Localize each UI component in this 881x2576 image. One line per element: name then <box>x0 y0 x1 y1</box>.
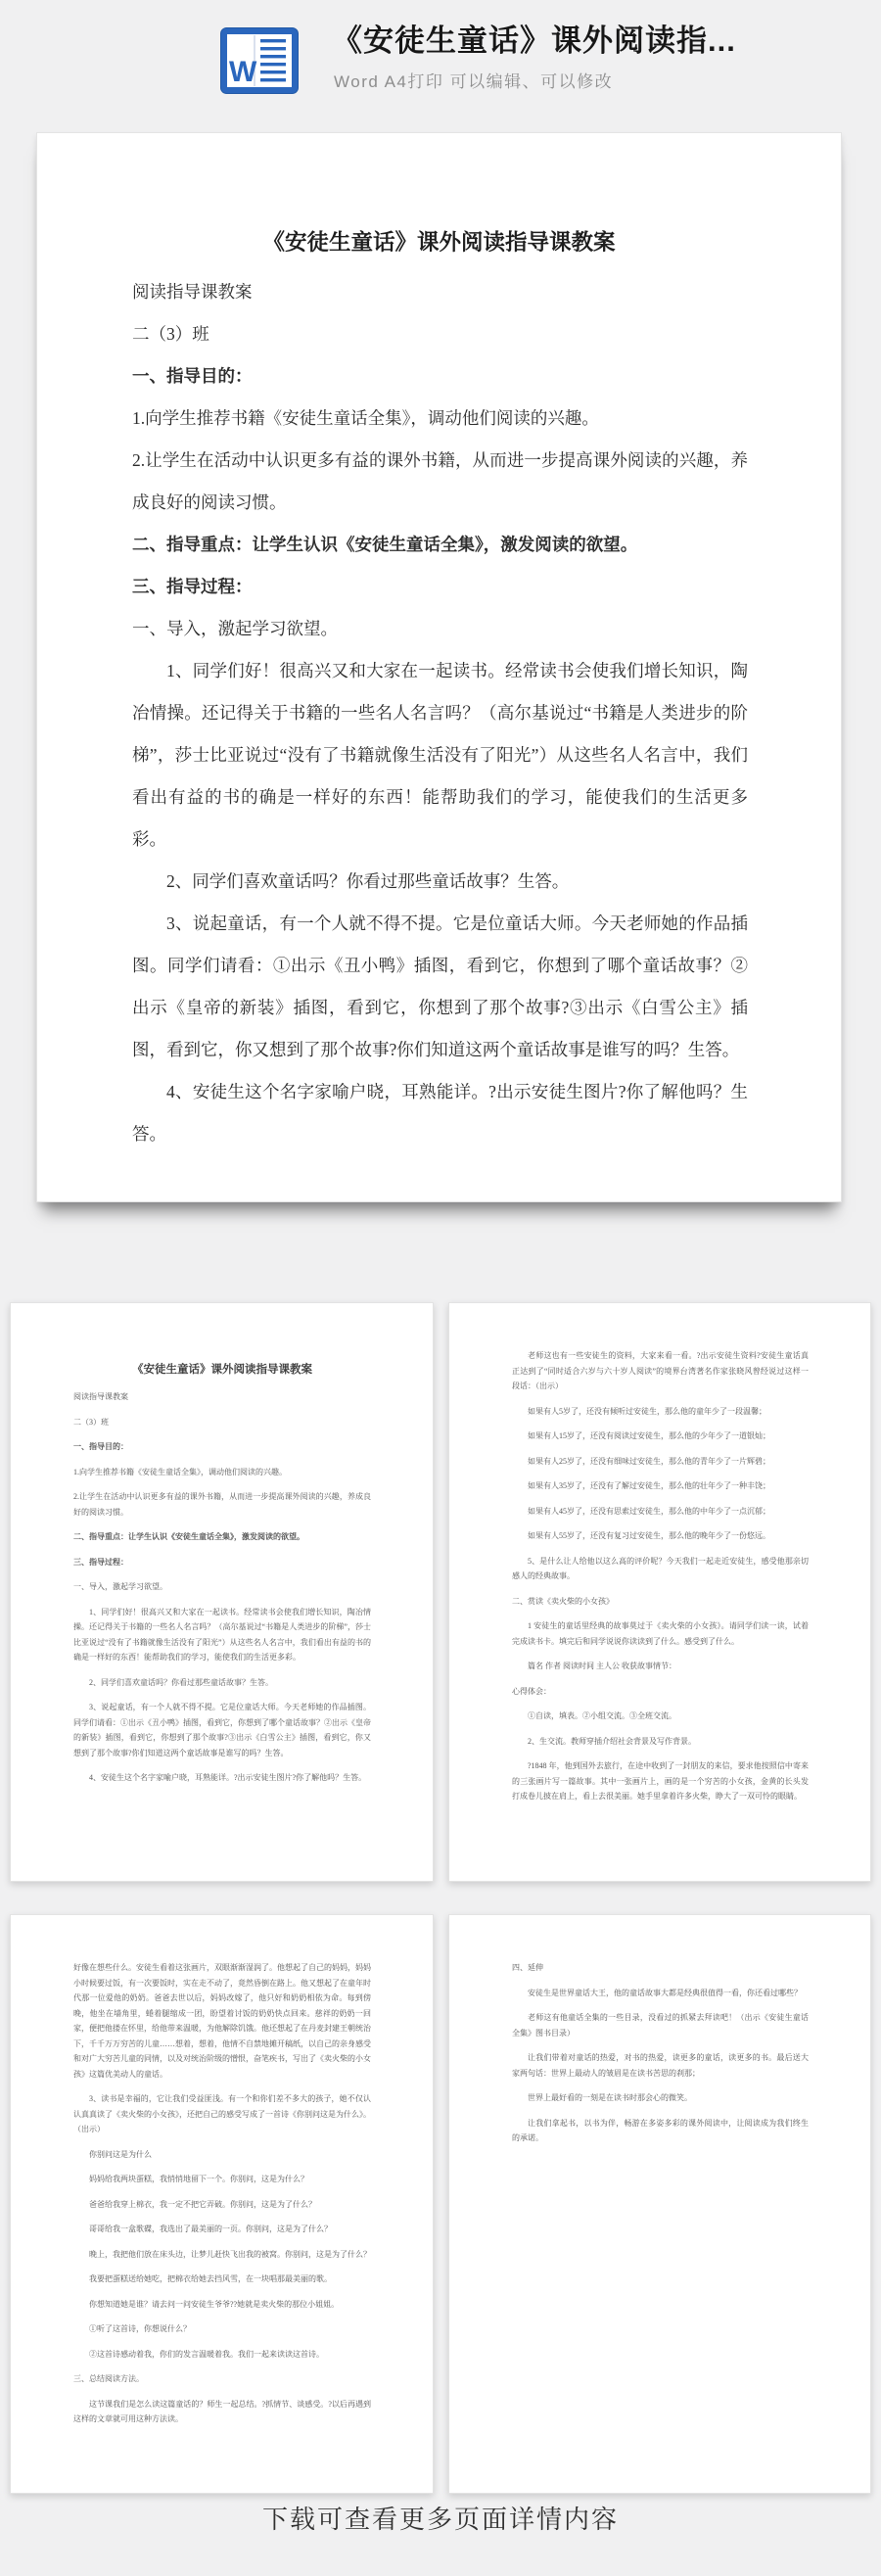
paragraph: 晚上，我把他们放在床头边，让梦儿赶快飞出我的被窝。你别问，这是为了什么？ <box>73 2247 371 2263</box>
paragraph: 阅读指导课教案 <box>73 1389 371 1405</box>
paragraph: 老师这也有一些安徒生的资料，大家来看一看。?出示安徒生资料?安徒生童话真正达到了… <box>512 1348 809 1394</box>
paragraph: ?1848 年，他到国外去旅行，在途中收到了一封朋友的来信，要求他按照信中寄来的… <box>512 1758 809 1804</box>
paragraph: 2.让学生在活动中认识更多有益的课外书籍，从而进一步提高课外阅读的兴趣，养成良好… <box>73 1489 371 1520</box>
paragraph: 一、导入，激起学习欲望。 <box>73 1579 371 1595</box>
paragraph: 二（3）班 <box>132 313 748 355</box>
paragraph: 3、读书是幸福的，它让我们受益匪浅。有一个和你们差不多大的孩子，她不仅认认真真读… <box>73 2091 371 2137</box>
page1-body: 阅读指导课教案二（3）班一、指导目的：1.向学生推荐书籍《安徒生童话全集》，调动… <box>132 271 748 1155</box>
paragraph: 如果有人55岁了，还没有复习过安徒生，那么他的晚年少了一份悠远。 <box>512 1528 809 1544</box>
paragraph: 二（3）班 <box>73 1415 371 1430</box>
paragraph: ①自读，填表。②小组交流。③全班交流。 <box>512 1709 809 1724</box>
paragraph: 1、同学们好！很高兴又和大家在一起读书。经常读书会使我们增长知识，陶冶情操。还记… <box>73 1605 371 1665</box>
paragraph: 让我们拿起书，以书为伴，畅游在多姿多彩的课外阅读中，让阅读成为我们终生的承诺。 <box>512 2116 809 2146</box>
paragraph: 一、导入，激起学习欲望。 <box>132 608 748 650</box>
thumb4-body: 四、延伸安徒生是世界童话大王，他的童话故事大都是经典很值得一看，你还看过哪些？老… <box>512 1960 809 2146</box>
document-format-subtitle: Word A4打印 可以编辑、可以修改 <box>334 70 613 94</box>
paragraph: 篇名 作者 阅读时间 主人公 收获故事情节： <box>512 1659 809 1674</box>
paragraph: 一、指导目的： <box>73 1439 371 1455</box>
paragraph: 我要把蛋糕送给她吃，把棉衣给她去挡风雪，在一块唱那最美丽的歌。 <box>73 2272 371 2287</box>
page-thumbnail-3[interactable]: 好像在想些什么。安徒生看着这张画片，双眼渐渐湿润了。他想起了自己的妈妈，妈妈小时… <box>10 1914 434 2494</box>
paragraph: 如果有人15岁了，还没有阅读过安徒生，那么他的少年少了一道银灿； <box>512 1429 809 1444</box>
paragraph: 让我们带着对童话的热爱，对书的热爱，读更多的童话，读更多的书。最后送大家两句话：… <box>512 2050 809 2081</box>
paragraph: 如果有人5岁了，还没有倾听过安徒生，那么他的童年少了一段温馨； <box>512 1404 809 1420</box>
paragraph: 4、安徒生这个名字家喻户晓，耳熟能详。?出示安徒生图片?你了解他吗？生答。 <box>132 1071 748 1155</box>
paragraph: 1.向学生推荐书籍《安徒生童话全集》，调动他们阅读的兴趣。 <box>73 1465 371 1480</box>
paragraph: 1.向学生推荐书籍《安徒生童话全集》，调动他们阅读的兴趣。 <box>132 398 748 440</box>
document-preview-page: W 《安徒生童话》课外阅读指... Word A4打印 可以编辑、可以修改 《安… <box>0 0 881 2576</box>
paragraph: 阅读指导课教案 <box>132 271 748 313</box>
paragraph: 2、同学们喜欢童话吗？你看过那些童话故事？生答。 <box>132 861 748 903</box>
paragraph: 1、同学们好！很高兴又和大家在一起读书。经常读书会使我们增长知识，陶冶情操。还记… <box>132 650 748 861</box>
thumb3-body: 好像在想些什么。安徒生看着这张画片，双眼渐渐湿润了。他想起了自己的妈妈，妈妈小时… <box>73 1960 371 2427</box>
paragraph: 3、说起童话，有一个人就不得不提。它是位童话大师。今天老师她的作品插图。同学们请… <box>73 1700 371 1760</box>
paragraph: 好像在想些什么。安徒生看着这张画片，双眼渐渐湿润了。他想起了自己的妈妈，妈妈小时… <box>73 1960 371 2082</box>
paragraph: 二、赏读《卖火柴的小女孩》 <box>512 1594 809 1610</box>
paragraph: 二、指导重点：让学生认识《安徒生童话全集》，激发阅读的欲望。 <box>73 1529 371 1545</box>
paragraph: 你想知道她是谁？请去问一问安徒生爷爷??她就是卖火柴的那位小姐姐。 <box>73 2297 371 2313</box>
paragraph: 2.让学生在活动中认识更多有益的课外书籍，从而进一步提高课外阅读的兴趣，养成良好… <box>132 440 748 524</box>
paragraph: 三、指导过程： <box>73 1555 371 1570</box>
paragraph: 一、指导目的： <box>132 355 748 398</box>
document-title: 《安徒生童话》课外阅读指... <box>332 20 736 63</box>
paragraph: 这节课我们是怎么读这篇童话的？师生一起总结。?抓情节、谈感受。?以后再遇到这样的… <box>73 2397 371 2427</box>
paragraph: 5、是什么让人给他以这么高的评价呢？今天我们一起走近安徒生，感受他那亲切感人的经… <box>512 1554 809 1584</box>
paragraph: 三、总结阅读方法。 <box>73 2371 371 2387</box>
paragraph: 世界上最好看的一刻是在读书时那会心的微笑。 <box>512 2090 809 2106</box>
thumbnail-grid: 《安徒生童话》课外阅读指导课教案 阅读指导课教案二（3）班一、指导目的：1.向学… <box>10 1302 871 2494</box>
paragraph: 安徒生是世界童话大王，他的童话故事大都是经典很值得一看，你还看过哪些？ <box>512 1986 809 2001</box>
paragraph: 心得体会： <box>512 1684 809 1700</box>
paragraph: 3、说起童话，有一个人就不得不提。它是位童话大师。今天老师她的作品插图。同学们请… <box>132 903 748 1071</box>
paragraph: 三、指导过程： <box>132 566 748 608</box>
word-document-icon: W <box>219 26 300 95</box>
paragraph: 如果有人45岁了，还没有思索过安徒生，那么他的中年少了一点沉郁； <box>512 1504 809 1520</box>
paragraph: 如果有人35岁了，还没有了解过安徒生，那么他的壮年少了一种丰饶； <box>512 1478 809 1494</box>
page-thumbnail-1[interactable]: 《安徒生童话》课外阅读指导课教案 阅读指导课教案二（3）班一、指导目的：1.向学… <box>10 1302 434 1882</box>
paragraph: 2、生交流。教师穿插介绍社会背景及写作背景。 <box>512 1734 809 1750</box>
word-icon-letter: W <box>229 56 257 88</box>
thumb2-body: 老师这也有一些安徒生的资料，大家来看一看。?出示安徒生资料?安徒生童话真正达到了… <box>512 1348 809 1804</box>
paragraph: ②这首诗感动着我，你们的发言温暖着我。我们一起来读读这首诗。 <box>73 2347 371 2363</box>
page-thumbnail-4[interactable]: 四、延伸安徒生是世界童话大王，他的童话故事大都是经典很值得一看，你还看过哪些？老… <box>448 1914 871 2494</box>
thumb1-doc-title: 《安徒生童话》课外阅读指导课教案 <box>73 1362 371 1378</box>
page-thumbnail-2[interactable]: 老师这也有一些安徒生的资料，大家来看一看。?出示安徒生资料?安徒生童话真正达到了… <box>448 1302 871 1882</box>
paragraph: 哥哥给我一盒歌碟，我选出了最美丽的一页。你别问，这是为了什么？ <box>73 2222 371 2237</box>
paragraph: 2、同学们喜欢童话吗？你看过那些童话故事？生答。 <box>73 1675 371 1691</box>
paragraph: 二、指导重点：让学生认识《安徒生童话全集》，激发阅读的欲望。 <box>132 524 748 566</box>
page1-doc-title: 《安徒生童话》课外阅读指导课教案 <box>57 228 821 258</box>
paragraph: 你别问这是为什么 <box>73 2147 371 2163</box>
thumb1-body: 阅读指导课教案二（3）班一、指导目的：1.向学生推荐书籍《安徒生童话全集》，调动… <box>73 1389 371 1786</box>
paragraph: 1 安徒生的童话里经典的故事莫过于《卖火柴的小女孩》。请同学们读一读，试着完成读… <box>512 1618 809 1649</box>
paragraph: ①听了这首诗，你想说什么？ <box>73 2321 371 2337</box>
paragraph: 爸爸给我穿上棉衣，我一定不把它弄破。你别问，这是为了什么？ <box>73 2197 371 2213</box>
paragraph: 四、延伸 <box>512 1960 809 1976</box>
paragraph: 妈妈给我两块蛋糕，我悄悄地留下一个。你别问，这是为什么？ <box>73 2172 371 2187</box>
main-page-preview[interactable]: 《安徒生童话》课外阅读指导课教案 阅读指导课教案二（3）班一、指导目的：1.向学… <box>36 132 842 1202</box>
download-hint-text: 下载可查看更多页面详情内容 <box>0 2503 881 2536</box>
paragraph: 如果有人25岁了，还没有细味过安徒生，那么他的青年少了一片辉碧； <box>512 1454 809 1470</box>
paragraph: 4、安徒生这个名字家喻户晓，耳熟能详。?出示安徒生图片?你了解他吗？生答。 <box>73 1770 371 1786</box>
paragraph: 老师这有他童话全集的一些目录，没看过的抓紧去拜读吧！（出示《安徒生童话全集》图书… <box>512 2010 809 2040</box>
